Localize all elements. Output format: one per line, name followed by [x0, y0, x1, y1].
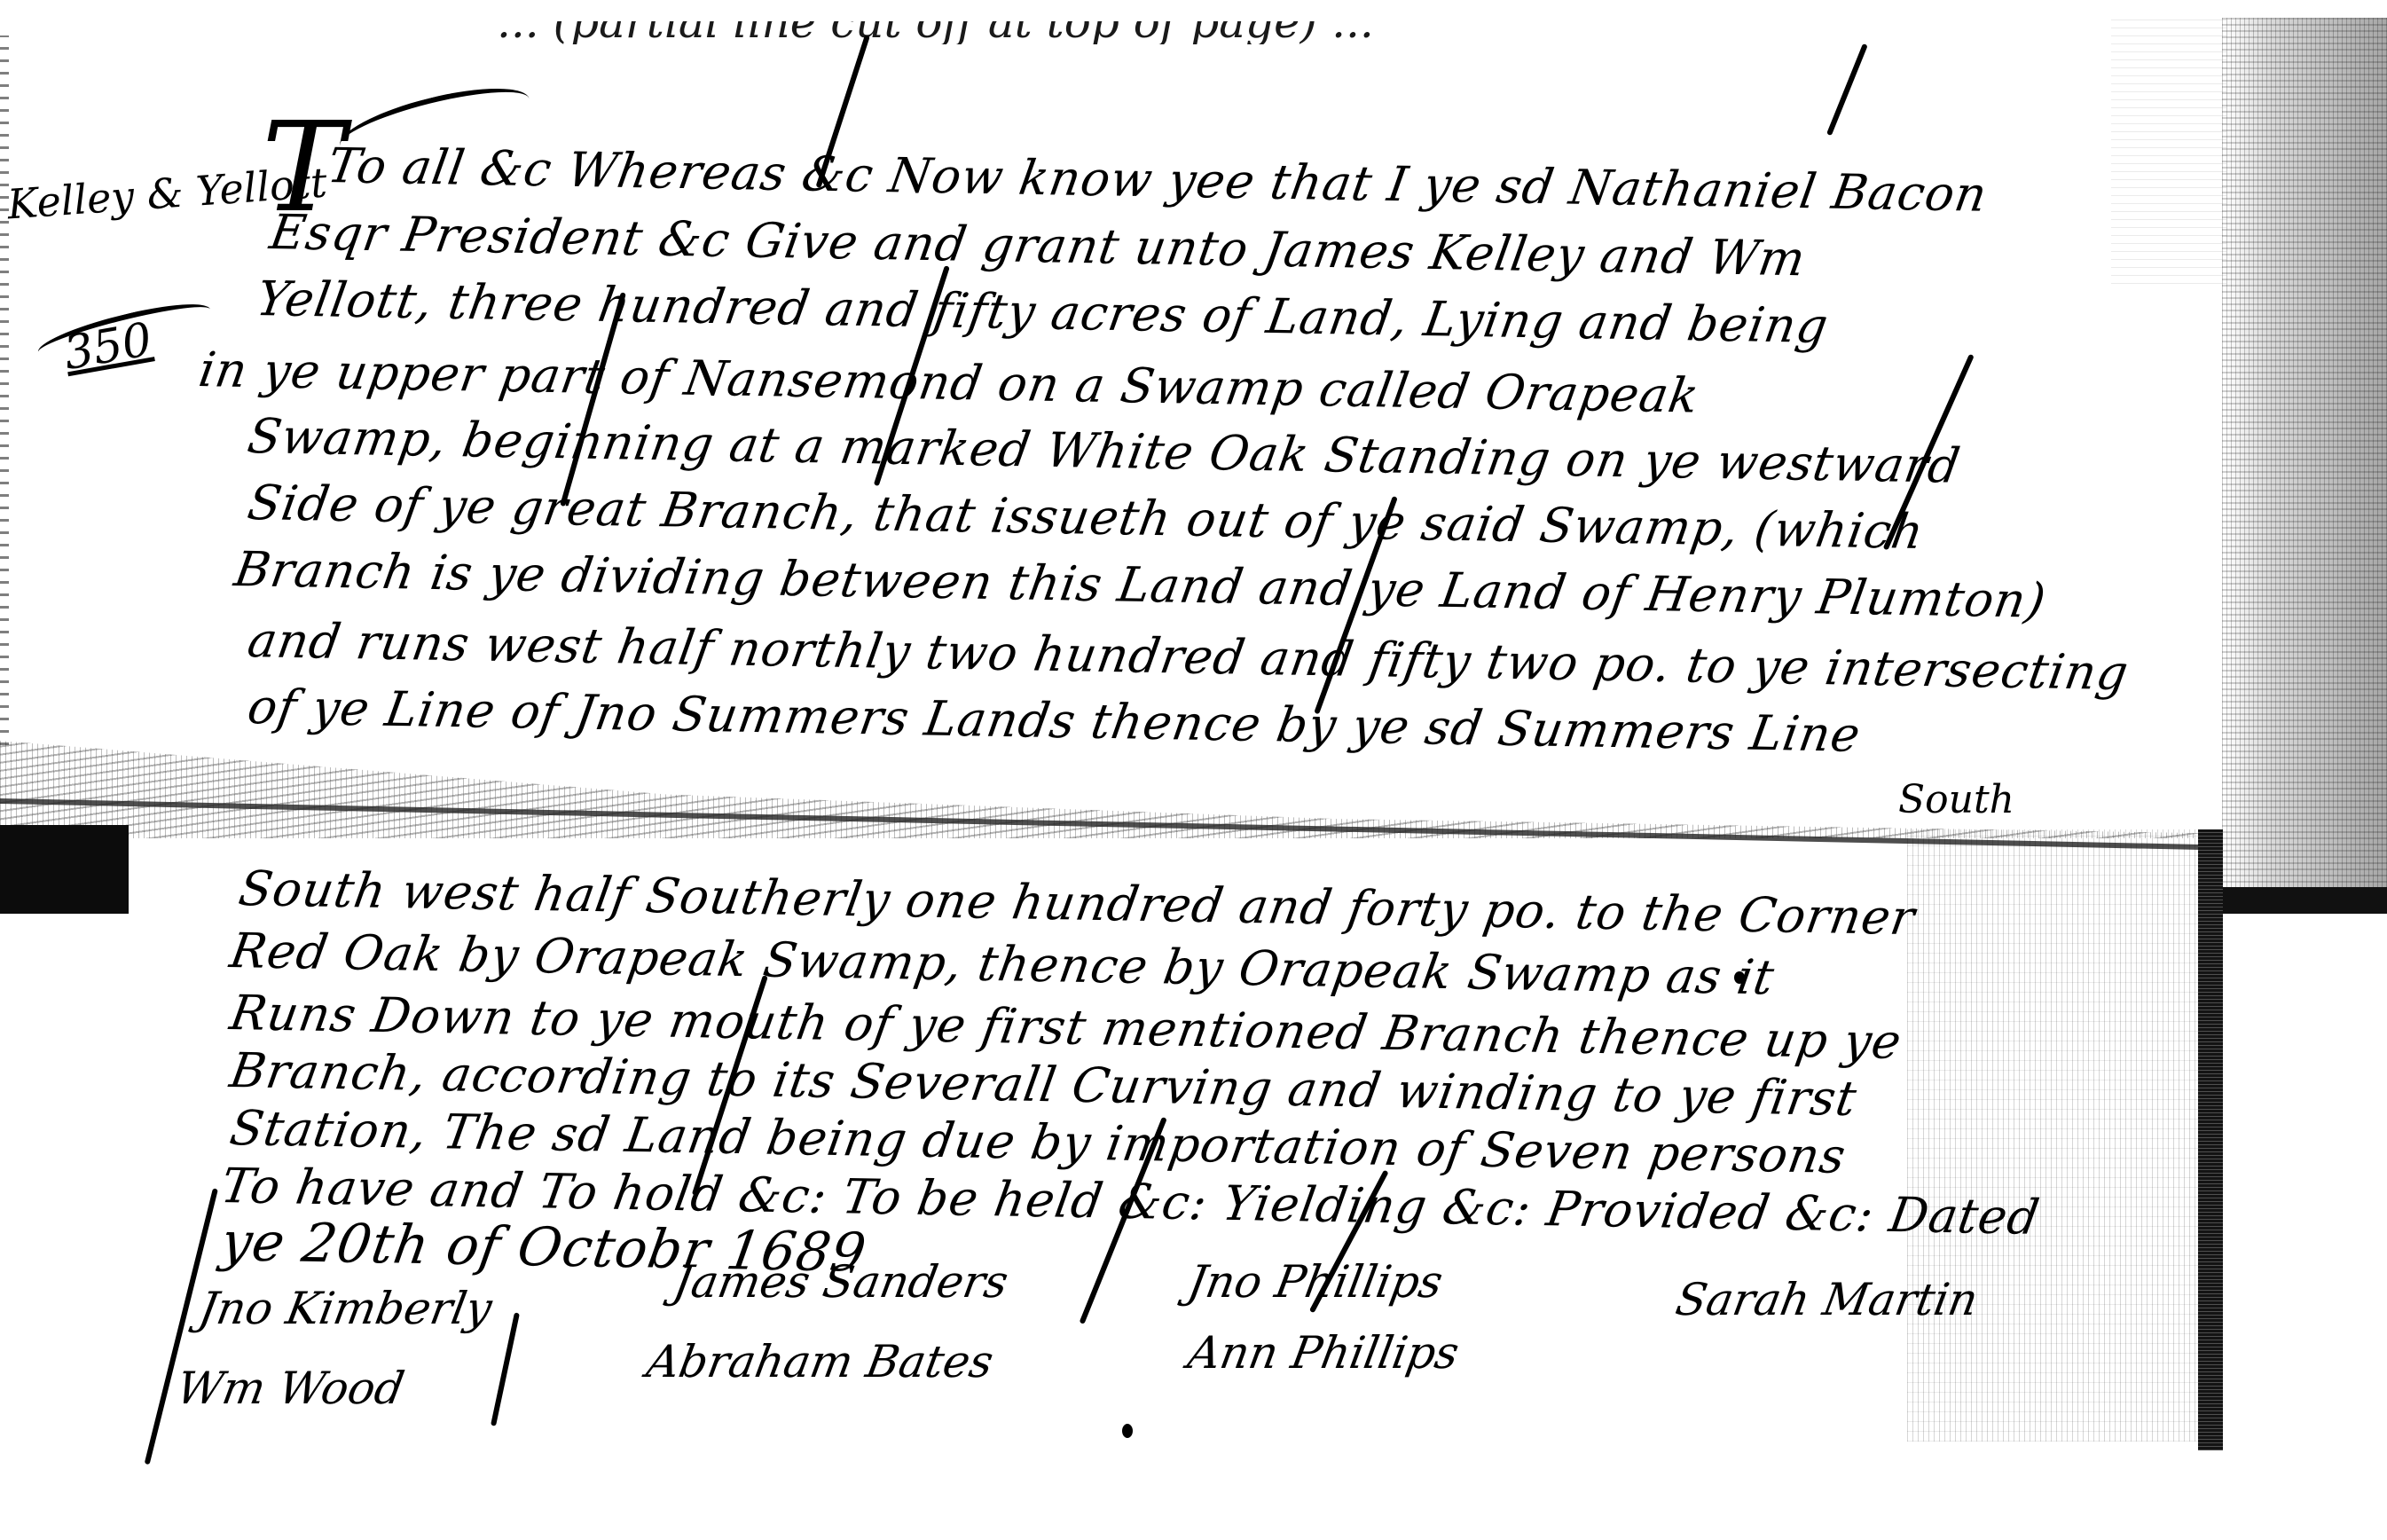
lower-page-edge-noise [1907, 829, 2200, 1442]
signature-james-sanders: James Sanders [671, 1260, 1012, 1304]
signature-ann-phillips: Ann Phillips [1185, 1331, 1463, 1375]
body-line-9: of ye Line of Jno Summers Lands thence b… [245, 683, 1865, 759]
scan-noise-top-right-fade [2111, 18, 2226, 284]
ink-blot [1122, 1424, 1133, 1438]
body-line-6: Side of ye great Branch, that issueth ou… [245, 479, 1928, 556]
scan-dark-block-left [0, 825, 129, 914]
signature-abraham-bates: Abraham Bates [644, 1340, 997, 1384]
scanned-document-page: ... (partial line cut off at top of page… [0, 0, 2387, 1540]
interlineation-south: South [1898, 781, 2014, 820]
body-line-7: Branch is ye dividing between this Land … [232, 546, 2050, 625]
top-fragment-line: ... (partial line cut off at top of page… [497, 0, 1374, 44]
lower-page-right-border [2198, 829, 2223, 1450]
margin-acreage: 350 [60, 317, 155, 377]
scan-left-edge-noise [0, 35, 9, 745]
signature-sarah-martin: Sarah Martin [1673, 1277, 1982, 1322]
body-line-1: To all &c Whereas &c Now know yee that I… [325, 142, 1990, 219]
scan-noise-right-margin [2222, 18, 2387, 914]
ink-blot [1734, 971, 1745, 984]
body-line-2: Esqr President &c Give and grant unto Ja… [267, 208, 1810, 283]
signature-wm-wood: Wm Wood [174, 1366, 408, 1410]
signature-jno-phillips: Jno Phillips [1185, 1260, 1447, 1304]
body-line-3: Yellott, three hundred and fifty acres o… [254, 275, 1832, 350]
pen-stroke [1826, 43, 1868, 136]
body-line-4: in ye upper part of Nansemond on a Swamp… [196, 346, 1703, 420]
signature-jno-kimberly: Jno Kimberly [196, 1286, 496, 1331]
scan-dark-strip-right [2222, 887, 2387, 914]
pen-stroke [491, 1312, 520, 1426]
